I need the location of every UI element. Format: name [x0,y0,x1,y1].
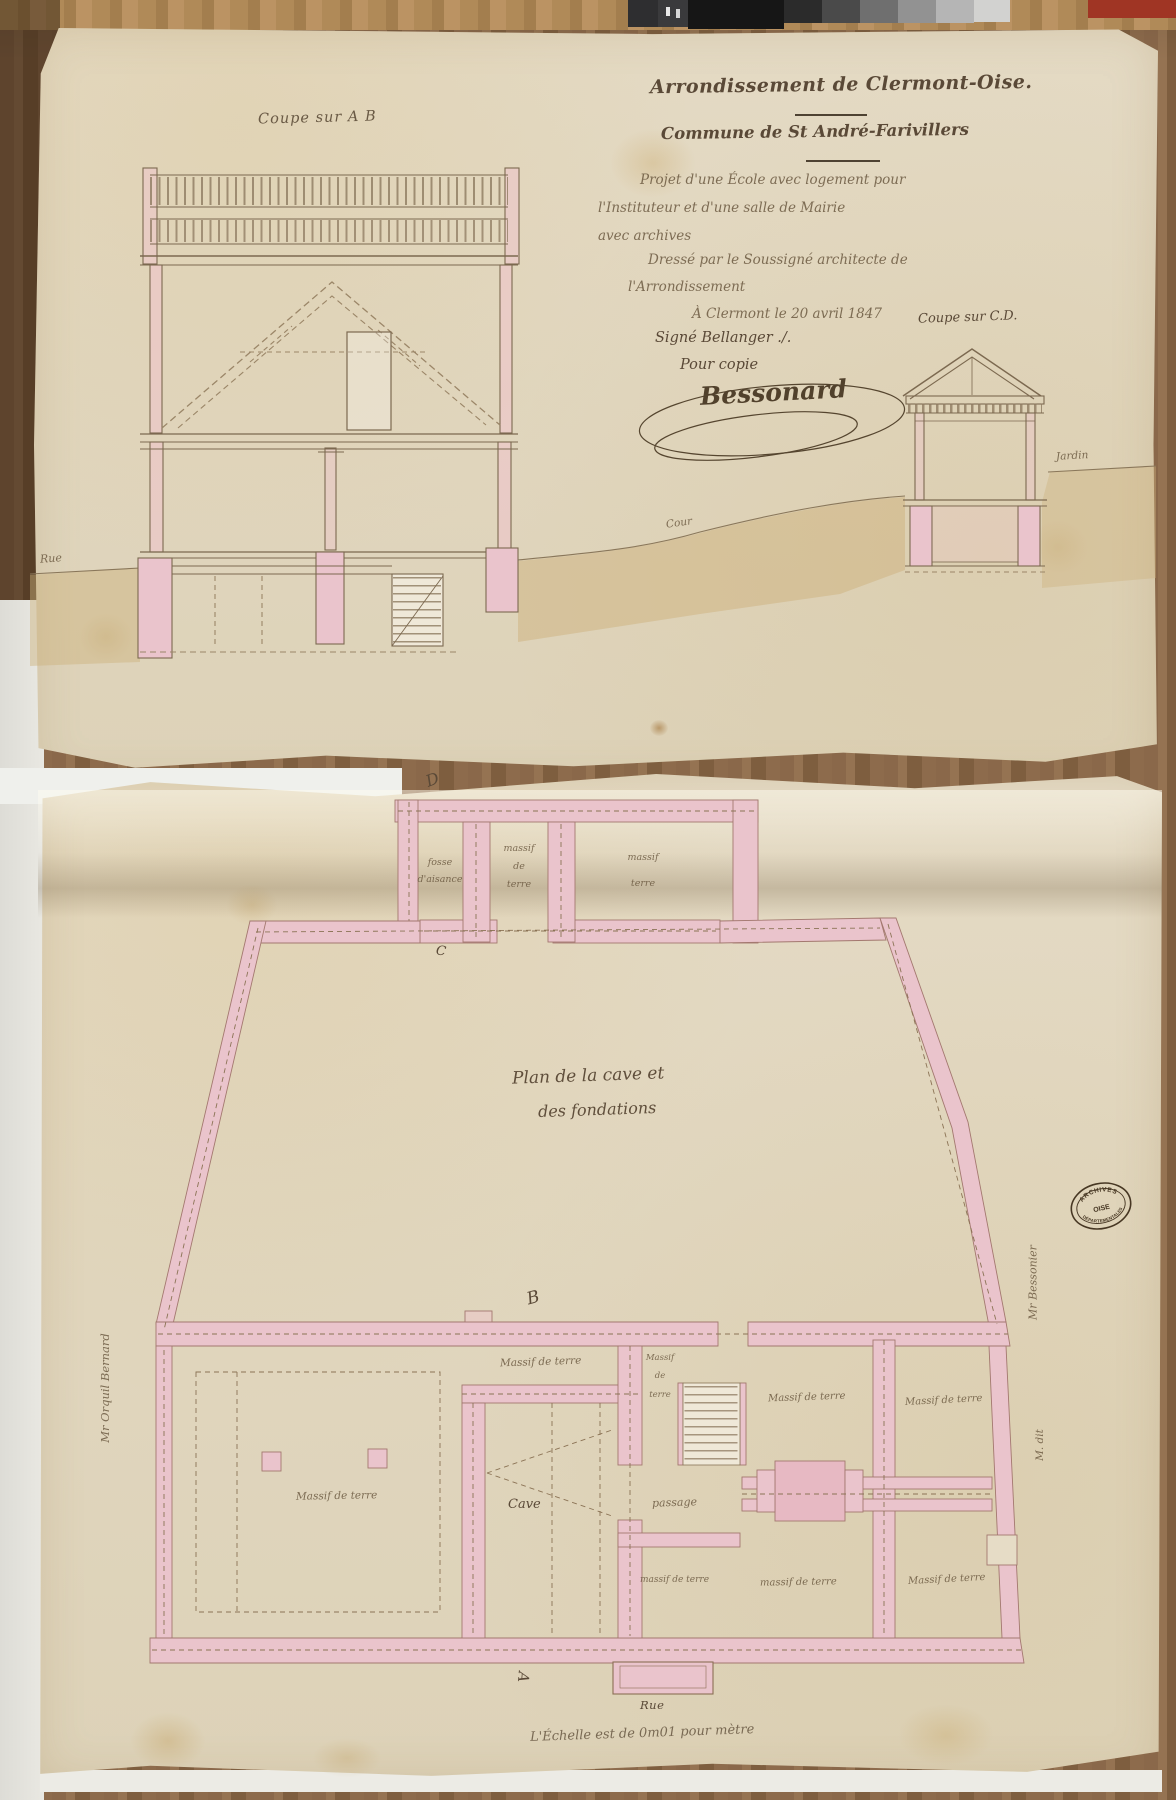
stamp-line2: OISE [1093,1204,1111,1215]
project-line: Dressé par le Soussigné architecte de [648,252,908,268]
cave-label: Cave [508,1497,541,1512]
massif-label: terre [494,879,544,890]
archives-stamp: ARCHIVES OISE DÉPARTEMENTALES [1067,1177,1136,1234]
rue-label-bottom: Rue [640,1698,664,1712]
coupe-ab-label: Coupe sur A B [258,108,377,127]
massif-label: de [507,861,531,872]
fosse-label: fosse [415,857,465,868]
massif-label: massif [494,843,544,854]
project-line: À Clermont le 20 avril 1847 [692,306,882,322]
room-label: de [650,1371,670,1381]
fosse-label: d'aisance [407,874,473,885]
room-label: Massif [640,1353,680,1363]
svg-text:ARCHIVES: ARCHIVES [1077,1183,1120,1205]
massif-label: terre [620,878,666,889]
rue-label-top: Rue [40,551,63,565]
photographed-archival-drawing: ARCHIVES OISE DÉPARTEMENTALES Coupe sur … [0,0,1176,1800]
project-line: l'Instituteur et d'une salle de Mairie [598,200,845,216]
section-letter-a: A [514,1671,533,1683]
project-line: avec archives [598,228,691,244]
linework-svg: ARCHIVES OISE DÉPARTEMENTALES [0,0,1176,1800]
room-label: massif de terre [760,1576,837,1588]
room-label: terre [642,1390,678,1400]
passage-label: passage [652,1495,697,1510]
margin-note-left: Mr Orquil Bernard [98,1258,112,1518]
pour-copie-line: Pour copie [680,357,758,373]
room-label: massif de terre [640,1575,709,1585]
title-rule [795,114,867,116]
room-label: Massif de terre [296,1489,378,1502]
stamp-line1: ARCHIVES [1077,1183,1120,1205]
project-line: l'Arrondissement [628,279,745,295]
project-line: Projet d'une École avec logement pour [640,172,905,188]
margin-note-right-lower: M. dit [1034,1415,1046,1475]
jardin-label: Jardin [1056,449,1089,463]
margin-note-right-upper: Mr Bessonier [1027,1223,1040,1343]
massif-label: massif [618,852,668,863]
signed-line: Signé Bellanger ./. [655,330,791,346]
section-letter-c: C [435,943,447,959]
title-rule [806,160,880,162]
title-arrondissement: Arrondissement de Clermont-Oise. [650,72,980,99]
